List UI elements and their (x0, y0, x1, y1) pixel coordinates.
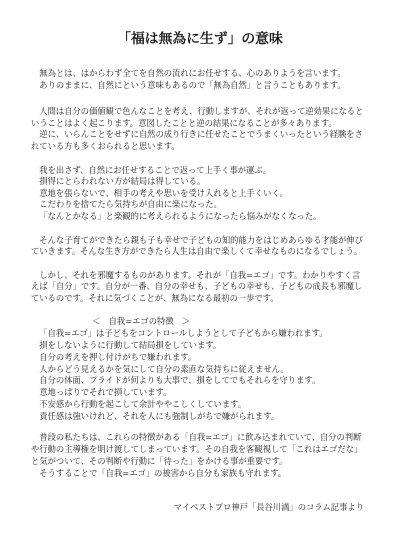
feature-line: 責任感は強いけれど、それを人にも強制しがちで嫌がられます。 (31, 411, 376, 423)
feature-line: 自分の考えを押し付けがちで嫌われます。 (31, 352, 376, 364)
section-heading-ego-features: ＜ 自我=エゴの特徴 ＞ (92, 316, 190, 327)
text-line: ているのです。それに気づくことが、無為になる最初の一歩です。 (31, 293, 376, 304)
page-title: 「福は無為に生ず」の意味 (0, 31, 400, 47)
text-line: えば「自分」です。自分が一番、自分の幸せも、子どもの幸せも、子どもの成長も邪魔し (31, 281, 376, 292)
text-line: 人間は自分の価値観で色んなことを考え、行動しますが、それが返って逆効果になると (31, 106, 376, 117)
feature-line: 意地っぱりでそれで損しています。 (31, 387, 376, 399)
text-line: 逆に、いらんことをせずに自然の成り行きに任せたことでうまくいったという経験をさ (31, 129, 376, 140)
paragraph-mui-meaning: 無為とは、はからわず全てを自然の流れにお任せする、心のありようを言います。 あり… (31, 68, 376, 91)
paragraph-human-values: 人間は自分の価値観で色んなことを考え、行動しますが、それが返って逆効果になると … (31, 106, 376, 152)
text-line: や行動の主導権を明け渡してしまっています。その自我を客観視して「これはエゴだな」 (31, 444, 376, 456)
paragraph-examples: 我を出さず、自然にお任せすることで返って上手く事が運ぶ。 損得にとらわれない方が… (31, 165, 376, 222)
feature-line: 不安感から行動を起こして余計ややこしくしています。 (31, 399, 376, 411)
text-line: と気がついて、その判断や行動に「待った」をかける事が重要です。 (31, 456, 376, 468)
text-line: 「なんとかなる」と楽観的に考えられるようになったら悩みがなくなった。 (31, 211, 376, 222)
text-line: しかし、それを邪魔するものがあります。それが「自我=エゴ」です。わかりやすく言 (31, 270, 376, 281)
text-line: そんな子育てができたら親も子も幸せで子どもの知的能力をはじめあらゆる才能が伸び (31, 235, 376, 246)
text-line: こだわりを捨てたら気持ちが自由に楽になった。 (31, 199, 376, 210)
text-line: ありのままに、自然にという意味もあるので「無為自然」と言うこともあります。 (31, 80, 376, 91)
feature-list: 「自我=エゴ」は子どもをコントロールしようとして子どもから嫌われます。 損をしな… (31, 328, 376, 422)
text-line: いうことはよく起こります。意図したことと逆の結果になることが多々あります。 (31, 118, 376, 129)
paragraph-childcare: そんな子育てができたら親も子も幸せで子どもの知的能力をはじめあらゆる才能が伸び … (31, 235, 376, 258)
text-line: ていきます。そんな生き方ができたら人生は自由で楽しくて幸せなものになるでしょう。 (31, 246, 376, 257)
text-line: 意地を張らないで、相手の考えや思いを受け入れると上手くいく。 (31, 188, 376, 199)
feature-line: 損をしないように行動して結局損をしています。 (31, 340, 376, 352)
paragraph-conclusion: 普段の私たちは、これらの特徴がある「自我=エゴ」に飲み込まれていて、自分の判断 … (31, 432, 376, 479)
feature-line: 人からどう見えるかを気にして自分の素直な気持ちに従えません。 (31, 364, 376, 376)
text-line: 損得にとらわれない方が結局は得している。 (31, 176, 376, 187)
footer-credit: マイベストプロ神戸「長谷川満」のコラム記事より (174, 502, 364, 513)
feature-line: 「自我=エゴ」は子どもをコントロールしようとして子どもから嫌われます。 (31, 328, 376, 340)
feature-line: 自分の体面、プライドが何よりも大事で、損をしてでもそれらを守ります。 (31, 375, 376, 387)
text-line: 我を出さず、自然にお任せすることで返って上手く事が運ぶ。 (31, 165, 376, 176)
paragraph-ego-intro: しかし、それを邪魔するものがあります。それが「自我=エゴ」です。わかりやすく言 … (31, 270, 376, 304)
document-page: 「福は無為に生ず」の意味 無為とは、はからわず全てを自然の流れにお任せする、心の… (0, 0, 400, 555)
text-line: 普段の私たちは、これらの特徴がある「自我=エゴ」に飲み込まれていて、自分の判断 (31, 432, 376, 444)
text-line: 無為とは、はからわず全てを自然の流れにお任せする、心のありようを言います。 (31, 68, 376, 79)
text-line: れている方も多くおられると思います。 (31, 141, 376, 152)
text-line: そうすることで「自我=エゴ」の被害から自分も家族も守れます。 (31, 468, 376, 480)
